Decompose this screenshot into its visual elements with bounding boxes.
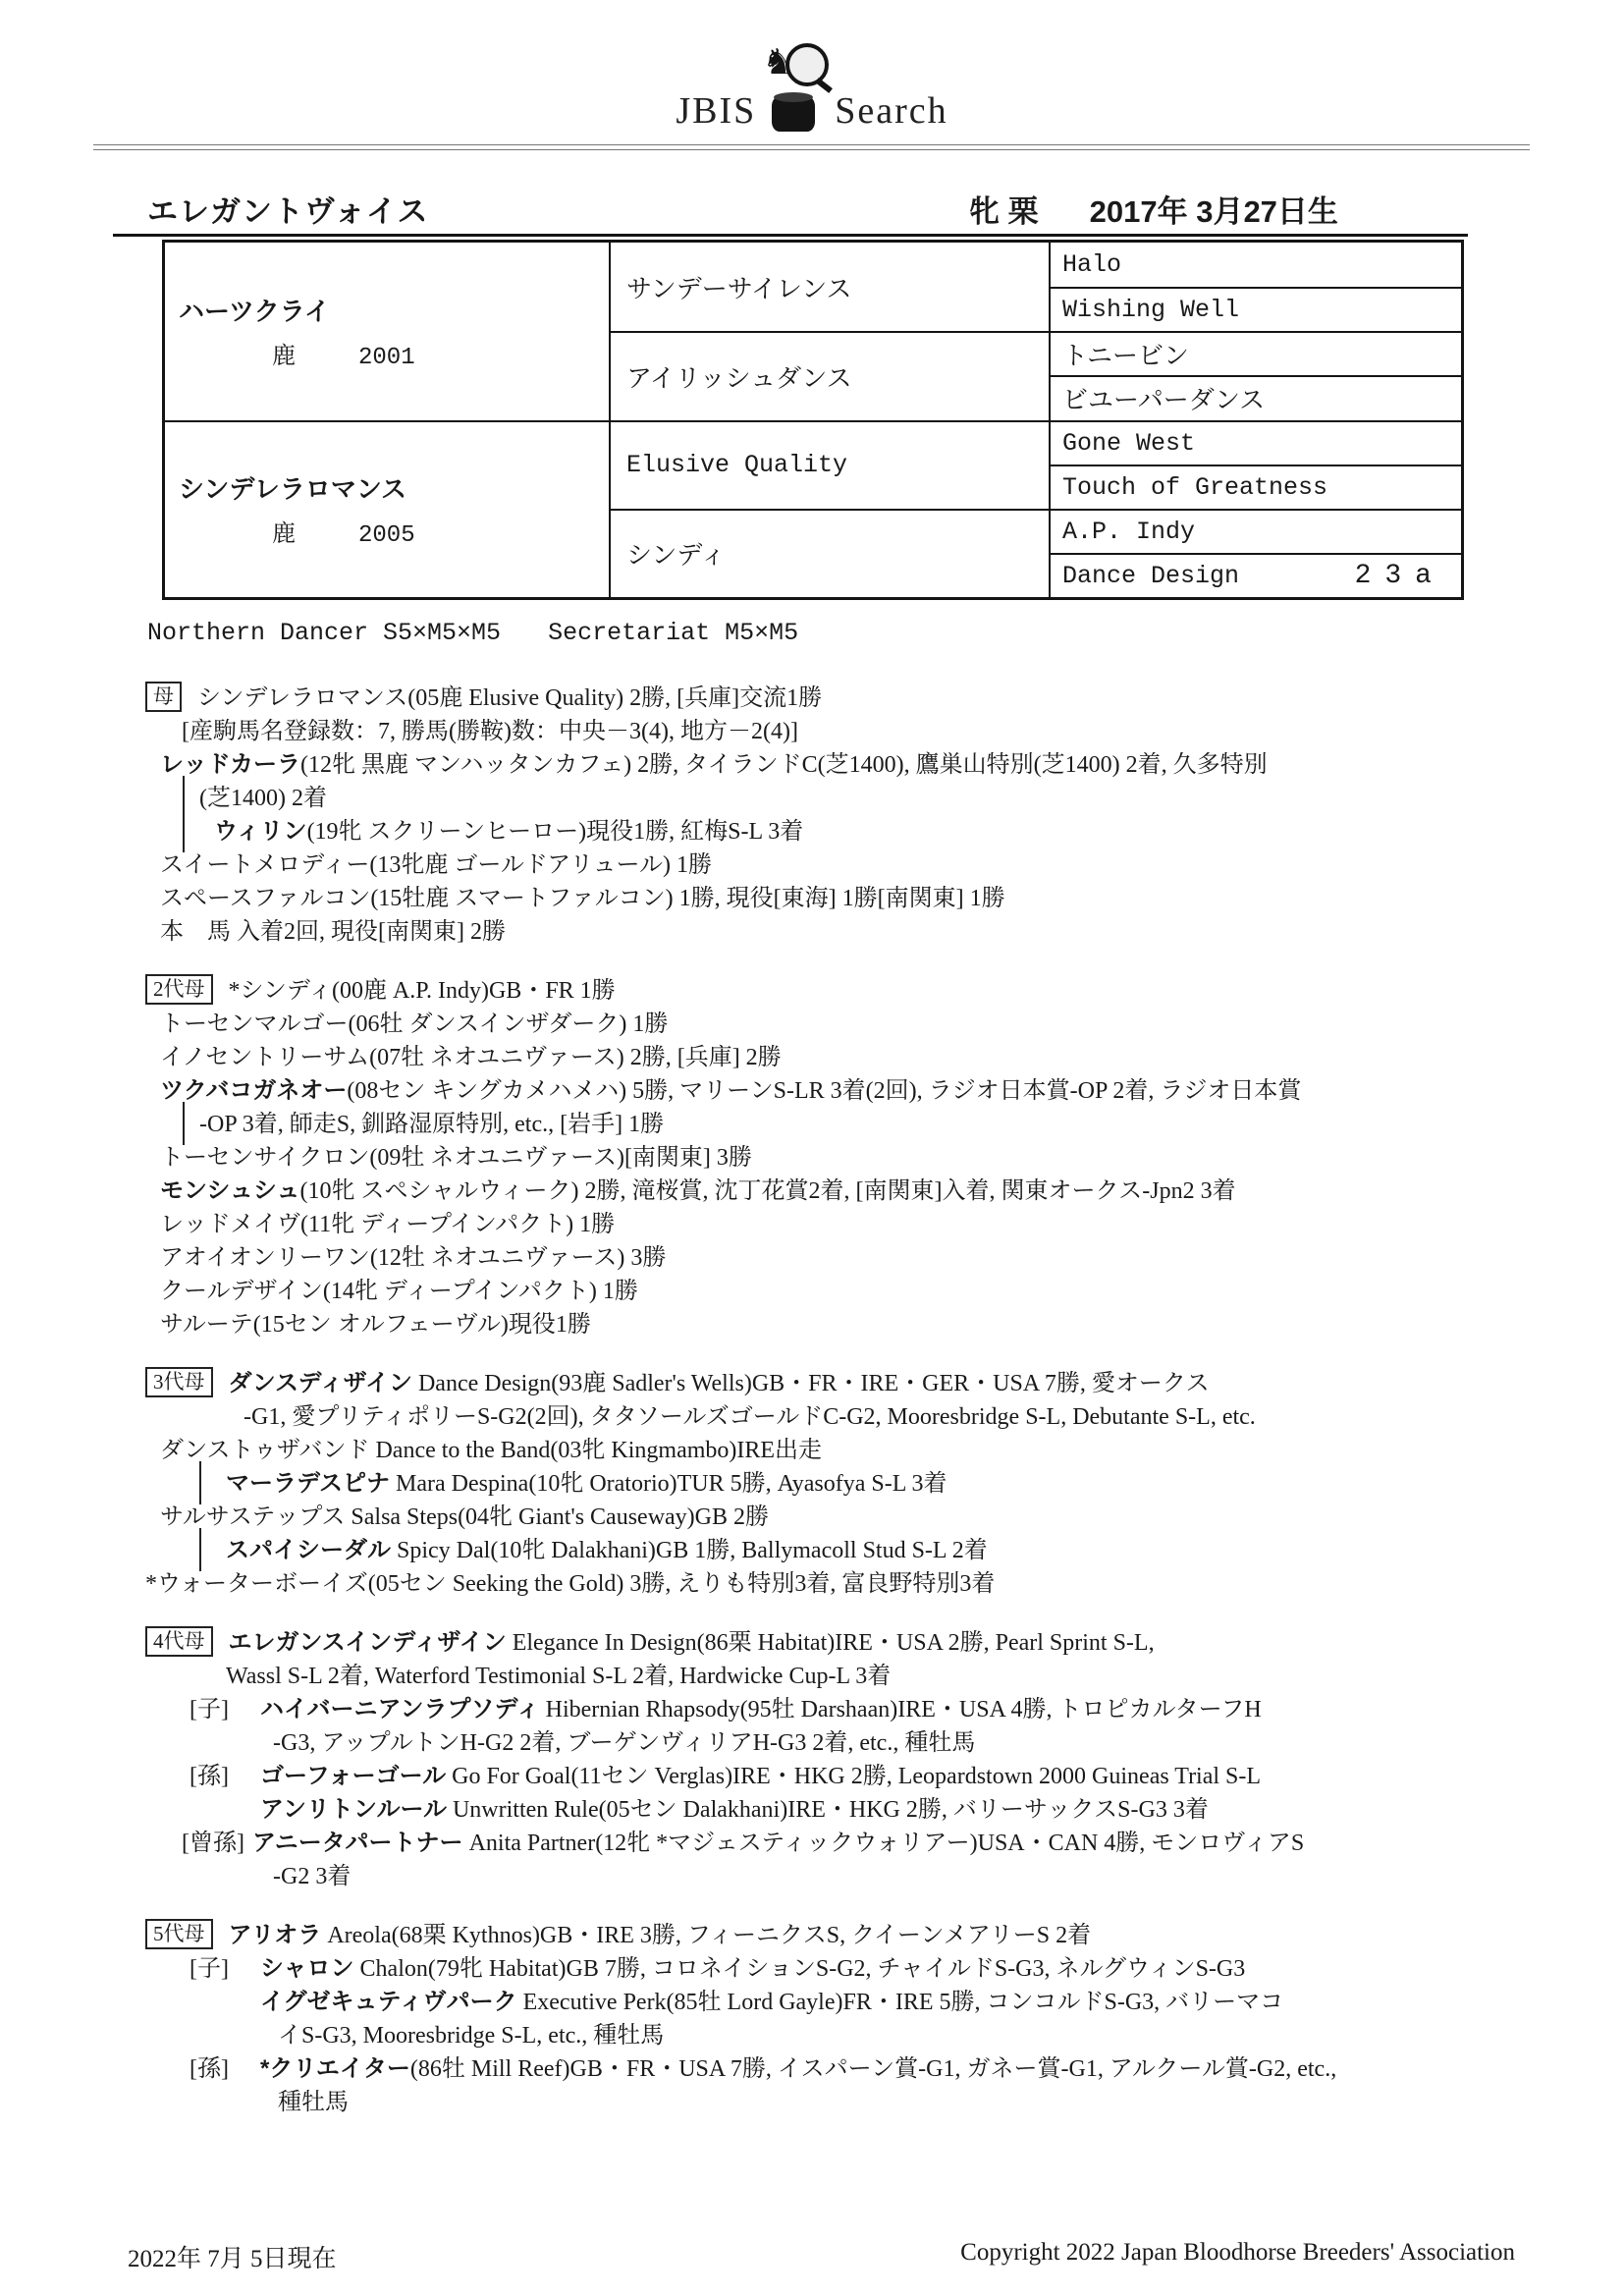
tree-connector-line [199, 1528, 201, 1571]
horse-name-emphasis: *クリエイター [260, 2055, 410, 2082]
sire-sire-name: サンデーサイレンス [626, 269, 851, 305]
ggp-cell: ビユーパーダンス [1049, 375, 1461, 419]
line-text: *ウォーターボーイズ(05セン Seeking the Gold) 3勝, えり… [145, 1571, 995, 1597]
pedigree-line: サルサステップス Salsa Steps(04牝 Giant's Causewa… [145, 1501, 1540, 1534]
horse-name-emphasis: マーラデスピナ [226, 1470, 390, 1497]
ggp-name: トニービン [1062, 336, 1189, 372]
sire-name: ハーツクライ [179, 292, 330, 328]
line-text: (19牝 スクリーンヒーロー)現役1勝, 紅梅S-L 3着 [307, 819, 804, 845]
title-bar: エレガントヴォイス 牝 栗 2017年 3月27日生 [113, 179, 1468, 237]
sire-sire-cell: サンデーサイレンス [609, 243, 1049, 331]
dam-year: 2005 [358, 522, 415, 549]
pedigree-line: ダンストゥザバンド Dance to the Band(03牝 Kingmamb… [145, 1434, 1540, 1467]
logo-jbis-text: JBIS [676, 92, 756, 134]
pedigree-line: -G2 3着 [145, 1860, 1540, 1893]
header-divider [93, 144, 1530, 150]
section-mother: 母シンデレラロマンス(05鹿 Elusive Quality) 2勝, [兵庫]… [145, 682, 1540, 949]
line-text: クールデザイン(14牝 ディープインパクト) 1勝 [160, 1279, 638, 1304]
line-text: -G2 3着 [273, 1864, 351, 1889]
horse-name-emphasis: ダンスディザイン [229, 1370, 412, 1396]
inbreeding-second: Secretariat M5×M5 [548, 619, 798, 647]
horse-name-emphasis: イグゼキュティヴパーク [260, 1989, 517, 2015]
section-fifth-dam: 5代母アリオラ Areola(68栗 Kythnos)GB・IRE 3勝, フィ… [145, 1919, 1540, 2119]
line-text: レッドメイヴ(11牝 ディープインパクト) 1勝 [160, 1212, 615, 1237]
section-label: 5代母 [145, 1919, 213, 1949]
ggp-name: Gone West [1062, 429, 1195, 458]
birthdate: 2017年 3月27日生 [1090, 187, 1338, 231]
horse-name: エレガントヴォイス [147, 187, 428, 231]
line-text: [産駒馬名登録数：7, 勝馬(勝鞍)数：中央－3(4), 地方－2(4)] [182, 719, 798, 744]
pedigree-line: [孫]*クリエイター(86牡 Mill Reef)GB・FR・USA 7勝, イ… [145, 2052, 1540, 2086]
section-second-dam: 2代母*シンディ(00鹿 A.P. Indy)GB・FR 1勝トーセンマルゴー(… [145, 974, 1540, 1341]
horse-name-emphasis: アニータパートナー [252, 1830, 463, 1856]
pedigree-line: スパイシーダル Spicy Dal(10牝 Dalakhani)GB 1勝, B… [145, 1534, 1540, 1567]
sire-coat: 鹿 [272, 344, 296, 369]
dam-sire-cell: Elusive Quality [609, 420, 1049, 509]
family-number: 23a [1355, 561, 1445, 591]
line-text: (10牝 スペシャルウィーク) 2勝, 滝桜賞, 沈丁花賞2着, [南関東]入着… [299, 1178, 1235, 1204]
pedigree-line: 4代母エレガンスインディザイン Elegance In Design(86栗 H… [145, 1626, 1540, 1660]
line-text: Go For Goal(11セン Verglas)IRE・HKG 2勝, Leo… [446, 1764, 1261, 1789]
line-text: スペースファルコン(15牡鹿 スマートファルコン) 1勝, 現役[東海] 1勝[… [160, 886, 1005, 911]
pedigree-line: [孫]ゴーフォーゴール Go For Goal(11セン Verglas)IRE… [145, 1760, 1540, 1793]
pedigree-line: イノセントリーサム(07牡 ネオユニヴァース) 2勝, [兵庫] 2勝 [145, 1041, 1540, 1074]
relation-label: [孫] [189, 2052, 260, 2086]
pedigree-line: [子]シャロン Chalon(79牝 Habitat)GB 7勝, コロネイショ… [145, 1952, 1540, 1986]
pedigree-line: イS-G3, Mooresbridge S-L, etc., 種牡馬 [145, 2019, 1540, 2052]
line-text: Areola(68栗 Kythnos)GB・IRE 3勝, フィーニクスS, ク… [321, 1923, 1091, 1948]
pedigree-line: レッドカーラ(12牝 黒鹿 マンハッタンカフェ) 2勝, タイランドC(芝140… [145, 748, 1540, 782]
horse-name-emphasis: ツクバコガネオー [160, 1077, 347, 1104]
ggp-name: Touch of Greatness [1062, 473, 1327, 502]
pedigree-line: Wassl S-L 2着, Waterford Testimonial S-L … [145, 1660, 1540, 1693]
relation-label: [子] [189, 1693, 260, 1726]
copyright-text: Copyright 2022 Japan Bloodhorse Breeders… [960, 2239, 1515, 2267]
tree-connector-line [183, 809, 185, 852]
ggp-cell: Halo [1049, 243, 1461, 287]
line-text: Dance Design(93鹿 Sadler's Wells)GB・FR・IR… [412, 1371, 1210, 1396]
line-text: Elegance In Design(86栗 Habitat)IRE・USA 2… [507, 1630, 1155, 1656]
dam-coat-year: 鹿 2005 [179, 514, 415, 549]
inbreeding-note: Northern Dancer S5×M5×M5Secretariat M5×M… [147, 619, 845, 647]
sire-coat-year: 鹿 2001 [179, 336, 415, 371]
line-text: イノセントリーサム(07牡 ネオユニヴァース) 2勝, [兵庫] 2勝 [160, 1045, 782, 1070]
pedigree-line: 本 馬 入着2回, 現役[南関東] 2勝 [145, 915, 1540, 949]
section-label: 4代母 [145, 1626, 213, 1657]
horse-name-emphasis: ウィリン [214, 818, 307, 845]
barrel-icon [772, 96, 815, 132]
dam-dam-cell: シンディ [609, 509, 1049, 597]
pedigree-line: 5代母アリオラ Areola(68栗 Kythnos)GB・IRE 3勝, フィ… [145, 1919, 1540, 1952]
tree-connector-line [183, 1102, 185, 1145]
dam-cell: シンデレラロマンス 鹿 2005 [165, 420, 609, 598]
line-text: -OP 3着, 師走S, 釧路湿原特別, etc., [岩手] 1勝 [199, 1112, 664, 1137]
line-text: アオイオンリーワン(12牡 ネオユニヴァース) 3勝 [160, 1245, 666, 1271]
sire-cell: ハーツクライ 鹿 2001 [165, 243, 609, 420]
sire-year: 2001 [358, 345, 415, 371]
horse-name-emphasis: シャロン [260, 1955, 354, 1982]
line-text: トーセンマルゴー(06牡 ダンスインザダーク) 1勝 [160, 1011, 668, 1037]
horse-name-emphasis: エレガンスインディザイン [229, 1629, 507, 1656]
ggp-name: Dance Design [1062, 562, 1239, 590]
section-label: 母 [145, 682, 182, 712]
pedigree-line: スペースファルコン(15牡鹿 スマートファルコン) 1勝, 現役[東海] 1勝[… [145, 882, 1540, 915]
pedigree-table: ハーツクライ 鹿 2001 シンデレラロマンス 鹿 2005 サンデーサイレンス… [162, 240, 1464, 600]
line-text: (08セン キングカメハメハ) 5勝, マリーンS-LR 3着(2回), ラジオ… [347, 1078, 1301, 1104]
line-text: Executive Perk(85牡 Lord Gayle)FR・IRE 5勝,… [517, 1990, 1284, 2015]
pedigree-line: [曾孫]アニータパートナー Anita Partner(12牝 *マジェスティッ… [145, 1827, 1540, 1860]
pedigree-line: 3代母ダンスディザイン Dance Design(93鹿 Sadler's We… [145, 1367, 1540, 1400]
pedigree-line: イグゼキュティヴパーク Executive Perk(85牡 Lord Gayl… [145, 1986, 1540, 2019]
horse-name-emphasis: レッドカーラ [160, 751, 300, 778]
line-text: (86牡 Mill Reef)GB・FR・USA 7勝, イスパーン賞-G1, … [410, 2056, 1336, 2082]
jbis-search-logo: JBIS ♞ Search [0, 39, 1624, 134]
pedigree-line: クールデザイン(14牝 ディープインパクト) 1勝 [145, 1275, 1540, 1308]
line-text: シンデレラロマンス(05鹿 Elusive Quality) 2勝, [兵庫]交… [197, 685, 822, 711]
line-text: 本 馬 入着2回, 現役[南関東] 2勝 [160, 919, 506, 945]
pedigree-line: ツクバコガネオー(08セン キングカメハメハ) 5勝, マリーンS-LR 3着(… [145, 1074, 1540, 1108]
dam-name: シンデレラロマンス [179, 469, 406, 506]
tree-connector-line [199, 1461, 201, 1504]
relation-label: [子] [189, 1952, 260, 1986]
pedigree-line: 母シンデレラロマンス(05鹿 Elusive Quality) 2勝, [兵庫]… [145, 682, 1540, 715]
sex-coat: 牝 栗 [969, 187, 1039, 231]
pedigree-line: トーセンマルゴー(06牡 ダンスインザダーク) 1勝 [145, 1008, 1540, 1041]
ggp-name: A.P. Indy [1062, 518, 1195, 546]
ggp-cell: Dance Design 23a [1049, 553, 1461, 597]
line-text: イS-G3, Mooresbridge S-L, etc., 種牡馬 [278, 2023, 664, 2049]
line-text: (芝1400) 2着 [199, 786, 327, 811]
inbreeding-first: Northern Dancer S5×M5×M5 [147, 619, 501, 647]
dam-dam-name: シンディ [626, 535, 726, 572]
relation-label: [孫] [189, 1760, 260, 1793]
line-text: Hibernian Rhapsody(95牡 Darshaan)IRE・USA … [540, 1697, 1262, 1722]
pedigree-line: アオイオンリーワン(12牡 ネオユニヴァース) 3勝 [145, 1241, 1540, 1275]
horse-name-emphasis: アリオラ [229, 1922, 322, 1948]
horse-name-emphasis: スパイシーダル [226, 1537, 391, 1563]
pedigree-line: スイートメロディー(13牝鹿 ゴールドアリュール) 1勝 [145, 848, 1540, 882]
logo-search-text: Search [835, 92, 947, 134]
dam-sire-name: Elusive Quality [626, 451, 847, 479]
horse-profile: 牝 栗 2017年 3月27日生 [969, 187, 1338, 231]
pedigree-line: 種牡馬 [145, 2086, 1540, 2119]
section-label: 3代母 [145, 1367, 213, 1397]
pedigree-line: [産駒馬名登録数：7, 勝馬(勝鞍)数：中央－3(4), 地方－2(4)] [145, 715, 1540, 748]
relation-label: [曾孫] [182, 1827, 252, 1860]
pedigree-line: トーセンサイクロン(09牡 ネオユニヴァース)[南関東] 3勝 [145, 1141, 1540, 1175]
dam-coat: 鹿 [272, 521, 296, 547]
ggp-name: Wishing Well [1062, 296, 1239, 324]
horse-name-emphasis: ゴーフォーゴール [260, 1763, 446, 1789]
magnifier-handle-icon [815, 78, 833, 93]
horse-magnifier-icon: ♞ [762, 43, 829, 134]
report-date: 2022年 7月 5日現在 [128, 2239, 337, 2274]
pedigree-line: -G1, 愛プリティポリーS-G2(2回), タタソールズゴールドC-G2, M… [145, 1400, 1540, 1434]
sire-dam-name: アイリッシュダンス [626, 358, 852, 395]
line-text: スイートメロディー(13牝鹿 ゴールドアリュール) 1勝 [160, 852, 712, 878]
pedigree-line: マーラデスピナ Mara Despina(10牝 Oratorio)TUR 5勝… [145, 1467, 1540, 1501]
ggp-cell: Wishing Well [1049, 287, 1461, 331]
ggp-name: ビユーパーダンス [1062, 380, 1265, 416]
line-text: -G1, 愛プリティポリーS-G2(2回), タタソールズゴールドC-G2, M… [244, 1404, 1256, 1430]
pedigree-line: -OP 3着, 師走S, 釧路湿原特別, etc., [岩手] 1勝 [145, 1108, 1540, 1141]
line-text: サルーテ(15セン オルフェーヴル)現役1勝 [160, 1312, 591, 1338]
line-text: -G3, アップルトンH-G2 2着, ブーゲンヴィリアH-G3 2着, etc… [273, 1730, 975, 1756]
ggp-name: Halo [1062, 250, 1121, 279]
ggp-cell: Gone West [1049, 420, 1461, 465]
section-third-dam: 3代母ダンスディザイン Dance Design(93鹿 Sadler's We… [145, 1367, 1540, 1601]
sections: 母シンデレラロマンス(05鹿 Elusive Quality) 2勝, [兵庫]… [145, 682, 1540, 2145]
line-text: 種牡馬 [278, 2090, 349, 2115]
sire-dam-cell: アイリッシュダンス [609, 331, 1049, 419]
line-text: *シンディ(00鹿 A.P. Indy)GB・FR 1勝 [229, 978, 616, 1004]
pedigree-line: 2代母*シンディ(00鹿 A.P. Indy)GB・FR 1勝 [145, 974, 1540, 1008]
horse-name-emphasis: アンリトンルール [260, 1796, 447, 1823]
line-text: Unwritten Rule(05セン Dalakhani)IRE・HKG 2勝… [447, 1797, 1209, 1823]
pedigree-line: ウィリン(19牝 スクリーンヒーロー)現役1勝, 紅梅S-L 3着 [145, 815, 1540, 848]
line-text: Spicy Dal(10牝 Dalakhani)GB 1勝, Ballymaco… [391, 1538, 988, 1563]
ggp-cell: A.P. Indy [1049, 509, 1461, 553]
line-text: ダンストゥザバンド Dance to the Band(03牝 Kingmamb… [160, 1438, 822, 1463]
line-text: (12牝 黒鹿 マンハッタンカフェ) 2勝, タイランドC(芝1400), 鷹巣… [300, 752, 1268, 778]
pedigree-line: アンリトンルール Unwritten Rule(05セン Dalakhani)I… [145, 1793, 1540, 1827]
pedigree-line: -G3, アップルトンH-G2 2着, ブーゲンヴィリアH-G3 2着, etc… [145, 1726, 1540, 1760]
line-text: Mara Despina(10牝 Oratorio)TUR 5勝, Ayasof… [390, 1471, 947, 1497]
pedigree-line: (芝1400) 2着 [145, 782, 1540, 815]
pedigree-line: レッドメイヴ(11牝 ディープインパクト) 1勝 [145, 1208, 1540, 1241]
line-text: Wassl S-L 2着, Waterford Testimonial S-L … [226, 1664, 891, 1689]
pedigree-line: サルーテ(15セン オルフェーヴル)現役1勝 [145, 1308, 1540, 1341]
pedigree-report-page: JBIS ♞ Search エレガントヴォイス 牝 栗 2017年 3月27日生… [0, 0, 1624, 2296]
ggp-cell: トニービン [1049, 331, 1461, 375]
line-text: サルサステップス Salsa Steps(04牝 Giant's Causewa… [160, 1504, 769, 1530]
line-text: トーセンサイクロン(09牡 ネオユニヴァース)[南関東] 3勝 [160, 1145, 752, 1171]
pedigree-line: *ウォーターボーイズ(05セン Seeking the Gold) 3勝, えり… [145, 1567, 1540, 1601]
section-fourth-dam: 4代母エレガンスインディザイン Elegance In Design(86栗 H… [145, 1626, 1540, 1893]
horse-name-emphasis: ハイバーニアンラプソディ [260, 1696, 540, 1722]
line-text: Anita Partner(12牝 *マジェスティックウォリアー)USA・CAN… [463, 1831, 1305, 1856]
pedigree-line: [子]ハイバーニアンラプソディ Hibernian Rhapsody(95牡 D… [145, 1693, 1540, 1726]
line-text: Chalon(79牝 Habitat)GB 7勝, コロネイションS-G2, チ… [354, 1956, 1246, 1982]
horse-name-emphasis: モンシュシュ [160, 1177, 299, 1204]
section-label: 2代母 [145, 974, 213, 1005]
pedigree-line: モンシュシュ(10牝 スペシャルウィーク) 2勝, 滝桜賞, 沈丁花賞2着, [… [145, 1175, 1540, 1208]
ggp-cell: Touch of Greatness [1049, 465, 1461, 509]
